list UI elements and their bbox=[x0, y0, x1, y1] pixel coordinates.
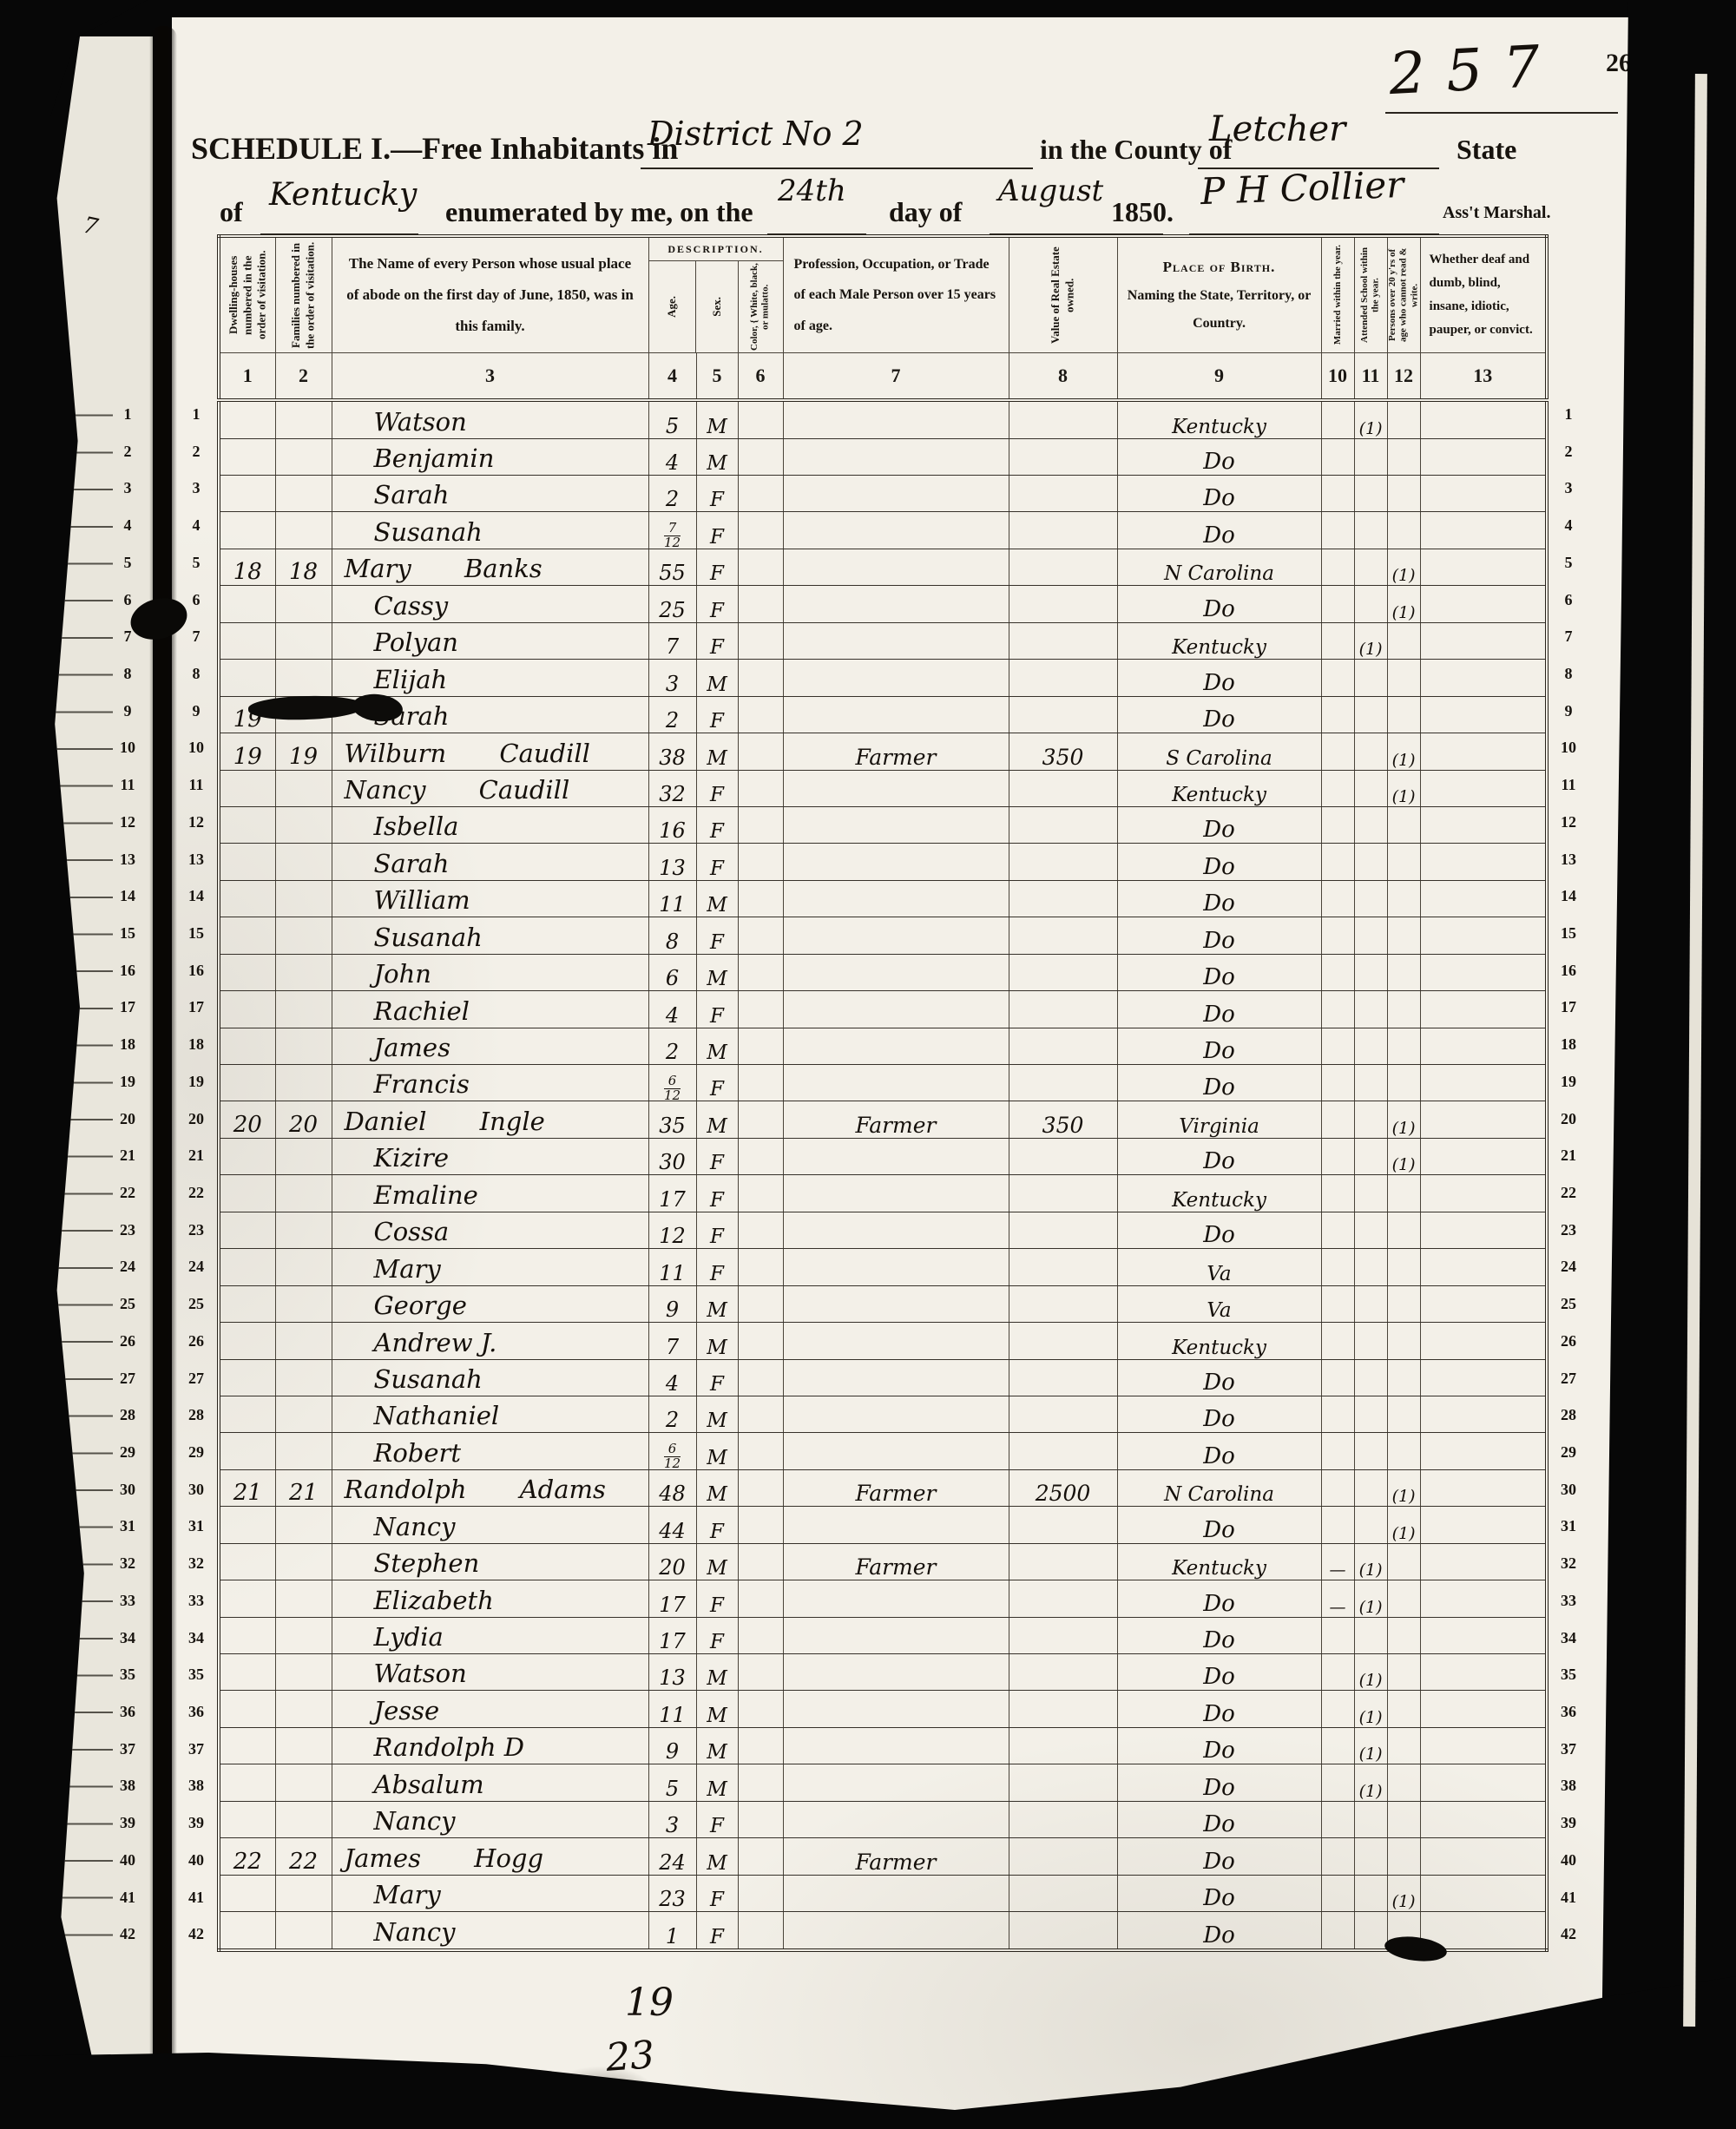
line-number: 18 bbox=[1550, 1026, 1587, 1063]
cell-age: 1 bbox=[648, 1912, 696, 1950]
cell-age: 9 bbox=[648, 1285, 696, 1322]
cell-remarks bbox=[1420, 476, 1547, 512]
cell-age: 2 bbox=[648, 1028, 696, 1064]
cell-value bbox=[1009, 1654, 1117, 1691]
cell-value bbox=[1009, 770, 1117, 806]
line-number: 39 bbox=[113, 1804, 142, 1842]
cell-sex: M bbox=[696, 1433, 738, 1469]
district-entry: District No 2 bbox=[648, 115, 864, 153]
cell-married bbox=[1321, 1396, 1354, 1432]
line-number: 30 bbox=[179, 1471, 214, 1508]
cell-value bbox=[1009, 1175, 1117, 1212]
col-age-header: Age. bbox=[649, 261, 696, 352]
cell-name: Isbella bbox=[332, 806, 648, 843]
cell-sex: M bbox=[696, 1691, 738, 1727]
cell-occupation bbox=[783, 1727, 1009, 1764]
cell-remarks bbox=[1420, 1175, 1547, 1212]
cell-age: 2 bbox=[648, 1396, 696, 1432]
census-row: William11MDo bbox=[219, 880, 1547, 917]
cell-sex: M bbox=[696, 1764, 738, 1801]
line-number: 16 bbox=[1550, 952, 1587, 989]
year-label: 1850. bbox=[1111, 196, 1174, 228]
cell-occupation bbox=[783, 696, 1009, 733]
cell-color bbox=[738, 1469, 783, 1506]
cell-birthplace: Va bbox=[1117, 1285, 1321, 1322]
cell-color bbox=[738, 549, 783, 585]
cell-sex: F bbox=[696, 1212, 738, 1248]
cell-married bbox=[1321, 1764, 1354, 1801]
cell-married bbox=[1321, 1285, 1354, 1322]
cell-cannot-read bbox=[1387, 1028, 1420, 1064]
cell-dwelling bbox=[219, 1249, 275, 1285]
cell-color bbox=[738, 1175, 783, 1212]
cell-dwelling bbox=[219, 806, 275, 843]
cell-age: 2 bbox=[648, 476, 696, 512]
cell-color bbox=[738, 476, 783, 512]
cell-age: 612 bbox=[648, 1433, 696, 1469]
line-number: 14 bbox=[1550, 877, 1587, 915]
cell-remarks bbox=[1420, 549, 1547, 585]
page-number-underline bbox=[1385, 111, 1618, 114]
census-row: Emaline17FKentucky bbox=[219, 1175, 1547, 1212]
cell-family bbox=[275, 438, 332, 475]
line-number: 23 bbox=[179, 1212, 214, 1249]
cell-remarks bbox=[1420, 1507, 1547, 1543]
cell-remarks bbox=[1420, 806, 1547, 843]
census-row: Cossa12FDo bbox=[219, 1212, 1547, 1248]
cell-cannot-read: (1) bbox=[1387, 1875, 1420, 1911]
scan-edge-top bbox=[0, 0, 1736, 6]
cell-value bbox=[1009, 806, 1117, 843]
binding-crease bbox=[149, 26, 177, 2074]
cell-family bbox=[275, 1138, 332, 1174]
cell-occupation bbox=[783, 991, 1009, 1028]
county-entry: Letcher bbox=[1209, 109, 1345, 149]
cell-family bbox=[275, 660, 332, 696]
cell-married bbox=[1321, 733, 1354, 770]
cell-dwelling bbox=[219, 1285, 275, 1322]
cell-name: Cossa bbox=[332, 1212, 648, 1248]
cell-value bbox=[1009, 1249, 1117, 1285]
cell-value bbox=[1009, 1285, 1117, 1322]
census-row: Lydia17FDo bbox=[219, 1617, 1547, 1653]
cell-dwelling bbox=[219, 1359, 275, 1396]
cell-color bbox=[738, 586, 783, 622]
cell-school bbox=[1354, 1323, 1387, 1359]
cell-age: 17 bbox=[648, 1175, 696, 1212]
cell-name: Elijah bbox=[332, 660, 648, 696]
line-number: 18 bbox=[113, 1026, 142, 1063]
cell-color bbox=[738, 1543, 783, 1580]
line-number: 16 bbox=[113, 952, 142, 989]
line-number: 2 bbox=[179, 433, 214, 470]
cell-sex: F bbox=[696, 586, 738, 622]
cell-birthplace: Do bbox=[1117, 1396, 1321, 1432]
cell-sex: F bbox=[696, 696, 738, 733]
line-number: 29 bbox=[179, 1434, 214, 1471]
cell-occupation bbox=[783, 1359, 1009, 1396]
cell-age: 7 bbox=[648, 622, 696, 659]
cell-value bbox=[1009, 1801, 1117, 1837]
cell-birthplace: Do bbox=[1117, 1028, 1321, 1064]
cell-value bbox=[1009, 1691, 1117, 1727]
cell-cannot-read: (1) bbox=[1387, 1101, 1420, 1138]
col-number: 1 bbox=[219, 353, 275, 401]
cell-cannot-read bbox=[1387, 1764, 1420, 1801]
description-subcolumns: Age. Sex. Color, { White, black, or mula… bbox=[649, 261, 783, 352]
cell-family bbox=[275, 1727, 332, 1764]
cell-age: 30 bbox=[648, 1138, 696, 1174]
cell-birthplace: Do bbox=[1117, 586, 1321, 622]
census-row: Sarah2FDo bbox=[219, 476, 1547, 512]
cell-name: Sarah bbox=[332, 844, 648, 880]
line-number: 31 bbox=[1550, 1508, 1587, 1545]
cell-school: (1) bbox=[1354, 1654, 1387, 1691]
census-row: Nancy3FDo bbox=[219, 1801, 1547, 1837]
cell-married bbox=[1321, 1138, 1354, 1174]
cell-remarks bbox=[1420, 622, 1547, 659]
cell-school bbox=[1354, 954, 1387, 990]
cell-value bbox=[1009, 1138, 1117, 1174]
cell-birthplace: Do bbox=[1117, 1691, 1321, 1727]
line-number: 28 bbox=[179, 1396, 214, 1434]
cell-age: 7 bbox=[648, 1323, 696, 1359]
cell-cannot-read bbox=[1387, 880, 1420, 917]
cell-color bbox=[738, 1912, 783, 1950]
cell-occupation: Farmer bbox=[783, 1101, 1009, 1138]
cell-school: (1) bbox=[1354, 1580, 1387, 1617]
cell-sex: F bbox=[696, 476, 738, 512]
cell-occupation bbox=[783, 1691, 1009, 1727]
cell-dwelling: 22 bbox=[219, 1838, 275, 1875]
cell-family: 22 bbox=[275, 1838, 332, 1875]
cell-married bbox=[1321, 880, 1354, 917]
cell-dwelling bbox=[219, 1764, 275, 1801]
cell-married bbox=[1321, 844, 1354, 880]
cell-age: 8 bbox=[648, 917, 696, 954]
cell-family bbox=[275, 1285, 332, 1322]
col-birthplace-header: Place of Birth. Naming the State, Territ… bbox=[1117, 236, 1321, 353]
cell-value bbox=[1009, 1764, 1117, 1801]
cell-birthplace: Do bbox=[1117, 1433, 1321, 1469]
line-number: 35 bbox=[1550, 1656, 1587, 1693]
cell-color bbox=[738, 1323, 783, 1359]
cell-married bbox=[1321, 1654, 1354, 1691]
line-number: 37 bbox=[113, 1731, 142, 1768]
cell-family bbox=[275, 806, 332, 843]
cell-name: Susanah bbox=[332, 512, 648, 549]
cell-age: 4 bbox=[648, 438, 696, 475]
cell-remarks bbox=[1420, 1764, 1547, 1801]
cell-value bbox=[1009, 622, 1117, 659]
cell-sex: F bbox=[696, 1065, 738, 1101]
cell-cannot-read bbox=[1387, 1359, 1420, 1396]
cell-remarks bbox=[1420, 770, 1547, 806]
cell-color bbox=[738, 1433, 783, 1469]
cell-married bbox=[1321, 1249, 1354, 1285]
cell-cannot-read bbox=[1387, 1691, 1420, 1727]
cell-dwelling bbox=[219, 1138, 275, 1174]
cell-school bbox=[1354, 1249, 1387, 1285]
cell-birthplace: Do bbox=[1117, 991, 1321, 1028]
cell-cannot-read bbox=[1387, 438, 1420, 475]
cell-value bbox=[1009, 954, 1117, 990]
cell-color bbox=[738, 400, 783, 438]
cell-cannot-read: (1) bbox=[1387, 733, 1420, 770]
cell-color bbox=[738, 806, 783, 843]
cell-dwelling bbox=[219, 1028, 275, 1064]
cell-birthplace: Do bbox=[1117, 1912, 1321, 1950]
cell-remarks bbox=[1420, 1617, 1547, 1653]
cell-cannot-read bbox=[1387, 622, 1420, 659]
cell-age: 12 bbox=[648, 1212, 696, 1248]
cell-name: Watson bbox=[332, 1654, 648, 1691]
cell-dwelling bbox=[219, 1801, 275, 1837]
cell-school bbox=[1354, 770, 1387, 806]
cell-family bbox=[275, 1175, 332, 1212]
cell-school bbox=[1354, 880, 1387, 917]
col-number: 7 bbox=[783, 353, 1009, 401]
line-number: 1 bbox=[179, 396, 214, 433]
cell-value: 350 bbox=[1009, 1101, 1117, 1138]
cell-school bbox=[1354, 1285, 1387, 1322]
cell-name: John bbox=[332, 954, 648, 990]
cell-occupation bbox=[783, 1396, 1009, 1432]
cell-name: Elizabeth bbox=[332, 1580, 648, 1617]
cell-family bbox=[275, 1507, 332, 1543]
cell-married bbox=[1321, 917, 1354, 954]
line-number: 15 bbox=[113, 915, 142, 952]
cell-sex: F bbox=[696, 1507, 738, 1543]
line-number: 38 bbox=[1550, 1767, 1587, 1804]
scanned-census-page: 1234567891011121314151617181920212223242… bbox=[0, 0, 1736, 2129]
col-number: 4 bbox=[648, 353, 696, 401]
cell-color bbox=[738, 1764, 783, 1801]
line-number: 2 bbox=[1550, 433, 1587, 470]
cell-name: Randolph D bbox=[332, 1727, 648, 1764]
cell-school bbox=[1354, 476, 1387, 512]
cell-dwelling bbox=[219, 476, 275, 512]
line-number: 18 bbox=[179, 1026, 214, 1063]
cell-name: Nancy bbox=[332, 1507, 648, 1543]
cell-name: Emaline bbox=[332, 1175, 648, 1212]
cell-age: 55 bbox=[648, 549, 696, 585]
cell-age: 25 bbox=[648, 586, 696, 622]
line-number: 10 bbox=[1550, 729, 1587, 766]
cell-school bbox=[1354, 1065, 1387, 1101]
line-number: 30 bbox=[113, 1471, 142, 1508]
cell-cannot-read bbox=[1387, 1396, 1420, 1432]
cell-birthplace: Va bbox=[1117, 1249, 1321, 1285]
line-number: 33 bbox=[1550, 1582, 1587, 1620]
cell-remarks bbox=[1420, 1323, 1547, 1359]
cell-sex: F bbox=[696, 1359, 738, 1396]
cell-birthplace: Do bbox=[1117, 476, 1321, 512]
cell-dwelling bbox=[219, 880, 275, 917]
cell-school bbox=[1354, 660, 1387, 696]
line-number: 31 bbox=[113, 1508, 142, 1545]
line-number: 16 bbox=[179, 952, 214, 989]
line-number: 34 bbox=[179, 1620, 214, 1657]
cell-sex: M bbox=[696, 1727, 738, 1764]
census-row: Elizabeth17FDo—(1) bbox=[219, 1580, 1547, 1617]
header-number-row: 1 2 3 4 5 6 7 8 9 10 11 12 13 bbox=[219, 353, 1547, 401]
cell-school bbox=[1354, 512, 1387, 549]
cell-occupation bbox=[783, 1212, 1009, 1248]
line-number: 20 bbox=[179, 1101, 214, 1138]
line-number: 14 bbox=[179, 877, 214, 915]
line-number: 28 bbox=[1550, 1396, 1587, 1434]
cell-age: 23 bbox=[648, 1875, 696, 1911]
cell-cannot-read bbox=[1387, 1433, 1420, 1469]
cell-birthplace: Do bbox=[1117, 1580, 1321, 1617]
cell-cannot-read bbox=[1387, 1543, 1420, 1580]
cell-color bbox=[738, 1727, 783, 1764]
cell-occupation bbox=[783, 917, 1009, 954]
cell-dwelling bbox=[219, 1654, 275, 1691]
cell-birthplace: Do bbox=[1117, 1359, 1321, 1396]
line-number: 26 bbox=[1550, 1323, 1587, 1360]
line-number: 25 bbox=[179, 1285, 214, 1323]
line-number: 14 bbox=[113, 877, 142, 915]
cell-school bbox=[1354, 844, 1387, 880]
cell-occupation bbox=[783, 400, 1009, 438]
cell-value: 2500 bbox=[1009, 1469, 1117, 1506]
col-number: 10 bbox=[1321, 353, 1354, 401]
cell-name: Susanah bbox=[332, 1359, 648, 1396]
cell-birthplace: Kentucky bbox=[1117, 400, 1321, 438]
cell-family bbox=[275, 1580, 332, 1617]
cell-sex: F bbox=[696, 770, 738, 806]
cell-value bbox=[1009, 1433, 1117, 1469]
cell-school bbox=[1354, 549, 1387, 585]
cell-remarks bbox=[1420, 512, 1547, 549]
cell-sex: M bbox=[696, 660, 738, 696]
cell-school bbox=[1354, 1028, 1387, 1064]
line-number: 25 bbox=[113, 1285, 142, 1323]
cell-school bbox=[1354, 1212, 1387, 1248]
state-label: State bbox=[1457, 134, 1516, 166]
col-number: 6 bbox=[738, 353, 783, 401]
cell-dwelling bbox=[219, 512, 275, 549]
cell-age: 2 bbox=[648, 696, 696, 733]
cell-birthplace: Do bbox=[1117, 438, 1321, 475]
cell-sex: M bbox=[696, 1323, 738, 1359]
cell-name: Jesse bbox=[332, 1691, 648, 1727]
cell-family bbox=[275, 1912, 332, 1950]
cell-birthplace: Do bbox=[1117, 1138, 1321, 1174]
cell-remarks bbox=[1420, 660, 1547, 696]
header-label-row: Dwelling-houses numbered in the order of… bbox=[219, 236, 1547, 353]
cell-age: 20 bbox=[648, 1543, 696, 1580]
cell-age: 38 bbox=[648, 733, 696, 770]
cell-birthplace: Do bbox=[1117, 806, 1321, 843]
cell-birthplace: Do bbox=[1117, 1507, 1321, 1543]
cell-value bbox=[1009, 696, 1117, 733]
cell-color bbox=[738, 1801, 783, 1837]
cell-color bbox=[738, 917, 783, 954]
col-married-label: Married within the year. bbox=[1332, 245, 1344, 345]
cell-sex: M bbox=[696, 1028, 738, 1064]
line-number: 32 bbox=[1550, 1545, 1587, 1582]
cell-name: Mary bbox=[332, 1875, 648, 1911]
cell-dwelling: 19 bbox=[219, 733, 275, 770]
census-row: Watson5MKentucky(1) bbox=[219, 400, 1547, 438]
line-number: 40 bbox=[113, 1842, 142, 1879]
cell-family bbox=[275, 1249, 332, 1285]
cell-name: Nancy Caudill bbox=[332, 770, 648, 806]
cell-school bbox=[1354, 1469, 1387, 1506]
col-sex-label: Sex. bbox=[710, 297, 724, 317]
cell-occupation bbox=[783, 1617, 1009, 1653]
col-cannot-read-header: Persons over 20 y'rs of age who cannot r… bbox=[1387, 236, 1420, 353]
cell-name: Wilburn Caudill bbox=[332, 733, 648, 770]
cell-remarks bbox=[1420, 438, 1547, 475]
cell-birthplace: Do bbox=[1117, 1838, 1321, 1875]
col-sex-header: Sex. bbox=[695, 261, 737, 352]
line-number: 3 bbox=[1550, 470, 1587, 507]
line-number: 24 bbox=[1550, 1248, 1587, 1285]
cell-married bbox=[1321, 1691, 1354, 1727]
col-number: 3 bbox=[332, 353, 648, 401]
cell-age: 17 bbox=[648, 1580, 696, 1617]
cell-birthplace: Do bbox=[1117, 880, 1321, 917]
cell-married bbox=[1321, 1507, 1354, 1543]
cell-color bbox=[738, 844, 783, 880]
cell-occupation bbox=[783, 1580, 1009, 1617]
cell-color bbox=[738, 1507, 783, 1543]
cell-occupation bbox=[783, 770, 1009, 806]
line-number: 12 bbox=[1550, 804, 1587, 841]
line-number: 4 bbox=[1550, 507, 1587, 544]
line-number: 4 bbox=[179, 507, 214, 544]
cell-sex: F bbox=[696, 1912, 738, 1950]
cell-age: 48 bbox=[648, 1469, 696, 1506]
census-row: Cassy25FDo(1) bbox=[219, 586, 1547, 622]
cell-family: 19 bbox=[275, 733, 332, 770]
census-row: Mary23FDo(1) bbox=[219, 1875, 1547, 1911]
col-number: 2 bbox=[275, 353, 332, 401]
cell-dwelling bbox=[219, 1507, 275, 1543]
cell-family bbox=[275, 1323, 332, 1359]
cell-sex: F bbox=[696, 1617, 738, 1653]
cell-dwelling bbox=[219, 1543, 275, 1580]
cell-value bbox=[1009, 549, 1117, 585]
cell-occupation bbox=[783, 1875, 1009, 1911]
line-number: 30 bbox=[1550, 1471, 1587, 1508]
line-number: 20 bbox=[113, 1101, 142, 1138]
cell-remarks bbox=[1420, 1212, 1547, 1248]
cell-sex: F bbox=[696, 549, 738, 585]
cell-family bbox=[275, 1617, 332, 1653]
handwritten-page-number: 257 bbox=[1387, 32, 1562, 108]
line-number: 36 bbox=[1550, 1693, 1587, 1731]
line-number: 17 bbox=[1550, 989, 1587, 1026]
cell-school bbox=[1354, 1507, 1387, 1543]
of-label: of bbox=[220, 196, 243, 228]
cell-family: 18 bbox=[275, 549, 332, 585]
cell-remarks bbox=[1420, 1469, 1547, 1506]
cell-name: George bbox=[332, 1285, 648, 1322]
cell-cannot-read bbox=[1387, 954, 1420, 990]
cell-married bbox=[1321, 549, 1354, 585]
cell-occupation bbox=[783, 1323, 1009, 1359]
cell-value bbox=[1009, 1912, 1117, 1950]
cell-dwelling bbox=[219, 1323, 275, 1359]
cell-color bbox=[738, 1028, 783, 1064]
cell-married bbox=[1321, 476, 1354, 512]
cell-color bbox=[738, 1838, 783, 1875]
